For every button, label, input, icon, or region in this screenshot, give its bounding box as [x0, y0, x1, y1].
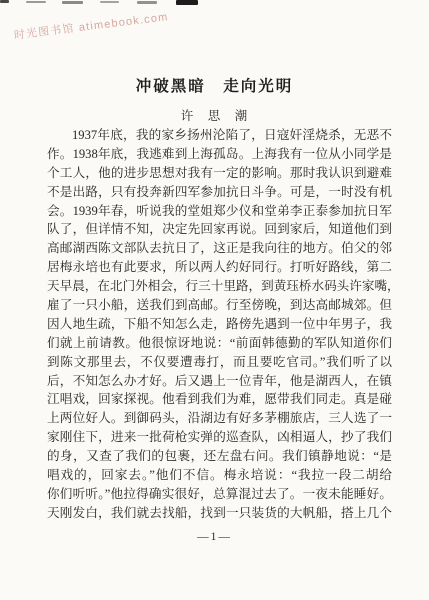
scan-artifact-mark — [137, 1, 157, 4]
body-line: 们就上前请教。他很惊讶地说：“前面韩德勤的军队知道你们 — [47, 334, 392, 353]
body-paragraph: 1937年底，我的家乡扬州沦陷了，日寇奸淫烧杀，无恶不作。1938年底，我逃难到… — [47, 126, 392, 523]
page-title: 冲破黑暗 走向光明 — [0, 74, 429, 96]
body-line: 作。1938年底，我逃难到上海孤岛。上海我有一位从小同学是 — [47, 145, 392, 164]
body-line: 天刚发白，我们就去找船，找到一只装货的大帆船，搭上几个 — [47, 504, 392, 523]
body-line: 家刚住下，进来一批荷枪实弹的巡查队，凶相逼人，抄了我们 — [47, 428, 392, 447]
body-line: 高邮湖西陈文部队去抗日了，这正是我向往的地方。伯父的邻 — [47, 239, 392, 258]
watermark: 时光图书馆 atimebook.com — [13, 8, 169, 43]
scan-artifact-mark — [176, 0, 198, 5]
body-line: 唱戏的，回家去。”他们不信。梅永培说：“我拉一段二胡给 — [47, 466, 392, 485]
body-line: 不是出路，只有投奔新四军参加抗日斗争。可是，一时没有机 — [47, 183, 392, 202]
body-line: 上两位好人。到御码头，沿湖边有好多茅棚旅店，三人选了一 — [47, 409, 392, 428]
body-line: 天早晨，在北门外相会，行三十里路，到黄珏桥水码头许家嘴， — [47, 277, 392, 296]
body-line: 队了，但详情不知，决定先回家再说。回到家后，知道他们到 — [47, 220, 392, 239]
body-line: 因人地生疏，下船不知怎么走，路傍先遇到一位中年男子，我 — [47, 315, 392, 334]
book-page: 时光图书馆 atimebook.com 冲破黑暗 走向光明 许 思 潮 1937… — [0, 0, 429, 600]
body-line: 雇了一只小船，送我们到高邮。行至傍晚，到达高邮城郊。但 — [47, 296, 392, 315]
body-line: 到陈文那里去，不仅要遭毒打，而且要吃官司。”我们听了以 — [47, 353, 392, 372]
scan-artifact-mark — [26, 1, 46, 3]
body-line: 江唱戏，回家探视。他看到我们为难，愿带我们同走。真是碰 — [47, 390, 392, 409]
body-line: 的身，又查了我们的包裹，还左盘右问。我们镇静地说：“是 — [47, 447, 392, 466]
body-line: 居梅永培也有此要求，所以两人约好同行。打听好路线，第二 — [47, 258, 392, 277]
body-line: 个工人，他的进步思想对我有一定的影响。那时我认识到避难 — [47, 164, 392, 183]
scan-artifact-mark — [0, 0, 9, 3]
body-line: 会。1939年春，听说我的堂姐郑少仪和堂弟李正泰参加抗日军 — [47, 202, 392, 221]
scan-artifact-mark — [62, 1, 83, 4]
body-line: 你们听听。”他拉得确实很好，总算混过去了。一夜未能睡好。 — [47, 485, 392, 504]
author-name: 许 思 潮 — [0, 106, 429, 124]
page-number: —1— — [0, 531, 429, 543]
scan-artifact-mark — [100, 1, 119, 3]
body-line: 1937年底，我的家乡扬州沦陷了，日寇奸淫烧杀，无恶不 — [47, 126, 392, 145]
body-line: 后，不知怎么办才好。后又遇上一位青年，他是湖西人，在镇 — [47, 372, 392, 391]
